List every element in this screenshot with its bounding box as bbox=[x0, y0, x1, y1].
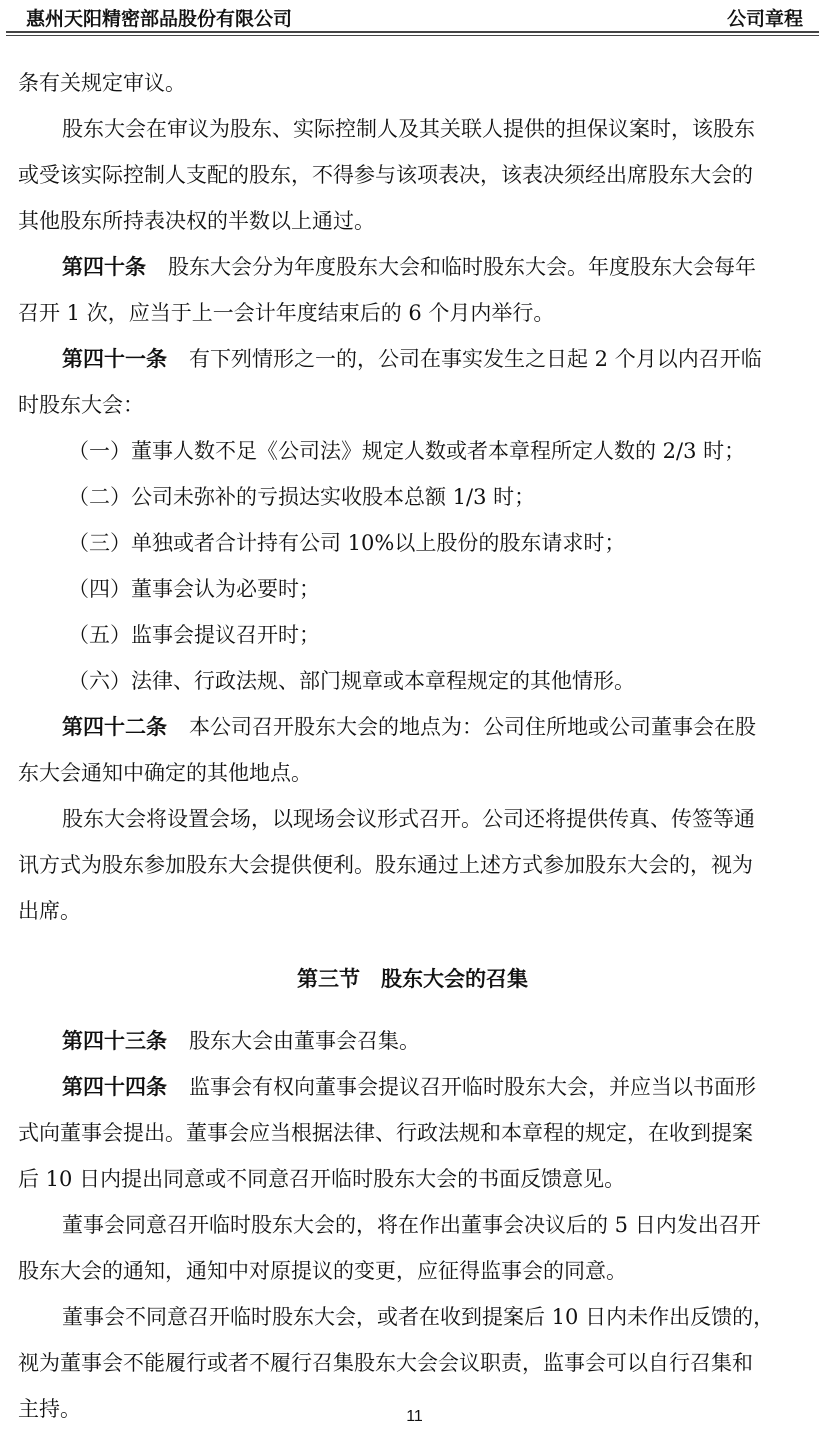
paragraph-line: 东大会通知中确定的其他地点。 bbox=[18, 750, 807, 796]
page-header: 惠州天阳精密部品股份有限公司 公司章程 bbox=[6, 0, 815, 34]
article-label: 第四十二条 bbox=[62, 715, 167, 739]
article-label: 第四十一条 bbox=[62, 347, 167, 371]
paragraph-line: 股东大会的通知，通知中对原提议的变更，应征得监事会的同意。 bbox=[18, 1248, 807, 1294]
paragraph-line: 后 10 日内提出同意或不同意召开临时股东大会的书面反馈意见。 bbox=[18, 1156, 807, 1202]
article-label: 第四十三条 bbox=[62, 1029, 167, 1053]
article-43: 第四十三条股东大会由董事会召集。 bbox=[18, 1018, 807, 1064]
list-item: （五）监事会提议召开时； bbox=[18, 612, 807, 658]
paragraph-line: 视为董事会不能履行或者不履行召集股东大会会议职责，监事会可以自行召集和 bbox=[18, 1340, 807, 1386]
list-item: （六）法律、行政法规、部门规章或本章程规定的其他情形。 bbox=[18, 658, 807, 704]
company-name: 惠州天阳精密部品股份有限公司 bbox=[26, 4, 292, 31]
page-number: 11 bbox=[0, 1408, 829, 1426]
section-heading: 第三节 股东大会的召集 bbox=[18, 956, 807, 1002]
paragraph-line: 股东大会将设置会场，以现场会议形式召开。公司还将提供传真、传签等通 bbox=[18, 796, 807, 842]
paragraph-line: 或受该实际控制人支配的股东，不得参与该项表决，该表决须经出席股东大会的 bbox=[18, 152, 807, 198]
paragraph-line: 条有关规定审议。 bbox=[18, 60, 807, 106]
article-44: 第四十四条监事会有权向董事会提议召开临时股东大会，并应当以书面形 bbox=[18, 1064, 807, 1110]
paragraph-line: 其他股东所持表决权的半数以上通过。 bbox=[18, 198, 807, 244]
article-41: 第四十一条有下列情形之一的，公司在事实发生之日起 2 个月以内召开临 bbox=[18, 336, 807, 382]
article-42: 第四十二条本公司召开股东大会的地点为：公司住所地或公司董事会在股 bbox=[18, 704, 807, 750]
paragraph-line: 讯方式为股东参加股东大会提供便利。股东通过上述方式参加股东大会的，视为 bbox=[18, 842, 807, 888]
list-item: （二）公司未弥补的亏损达实收股本总额 1/3 时； bbox=[18, 474, 807, 520]
article-label: 第四十条 bbox=[62, 255, 146, 279]
document-body: 条有关规定审议。 股东大会在审议为股东、实际控制人及其关联人提供的担保议案时，该… bbox=[18, 60, 807, 1432]
paragraph-line: 召开 1 次，应当于上一会计年度结束后的 6 个月内举行。 bbox=[18, 290, 807, 336]
paragraph-line: 时股东大会： bbox=[18, 382, 807, 428]
header-rule bbox=[6, 31, 819, 36]
article-label: 第四十四条 bbox=[62, 1075, 167, 1099]
paragraph-line: 董事会不同意召开临时股东大会，或者在收到提案后 10 日内未作出反馈的， bbox=[18, 1294, 807, 1340]
list-item: （一）董事人数不足《公司法》规定人数或者本章程所定人数的 2/3 时； bbox=[18, 428, 807, 474]
list-item: （三）单独或者合计持有公司 10%以上股份的股东请求时； bbox=[18, 520, 807, 566]
document-title: 公司章程 bbox=[727, 4, 803, 31]
paragraph-line: 董事会同意召开临时股东大会的，将在作出董事会决议后的 5 日内发出召开 bbox=[18, 1202, 807, 1248]
paragraph-line: 出席。 bbox=[18, 888, 807, 934]
article-40: 第四十条股东大会分为年度股东大会和临时股东大会。年度股东大会每年 bbox=[18, 244, 807, 290]
paragraph-line: 股东大会在审议为股东、实际控制人及其关联人提供的担保议案时，该股东 bbox=[18, 106, 807, 152]
paragraph-line: 式向董事会提出。董事会应当根据法律、行政法规和本章程的规定，在收到提案 bbox=[18, 1110, 807, 1156]
list-item: （四）董事会认为必要时； bbox=[18, 566, 807, 612]
